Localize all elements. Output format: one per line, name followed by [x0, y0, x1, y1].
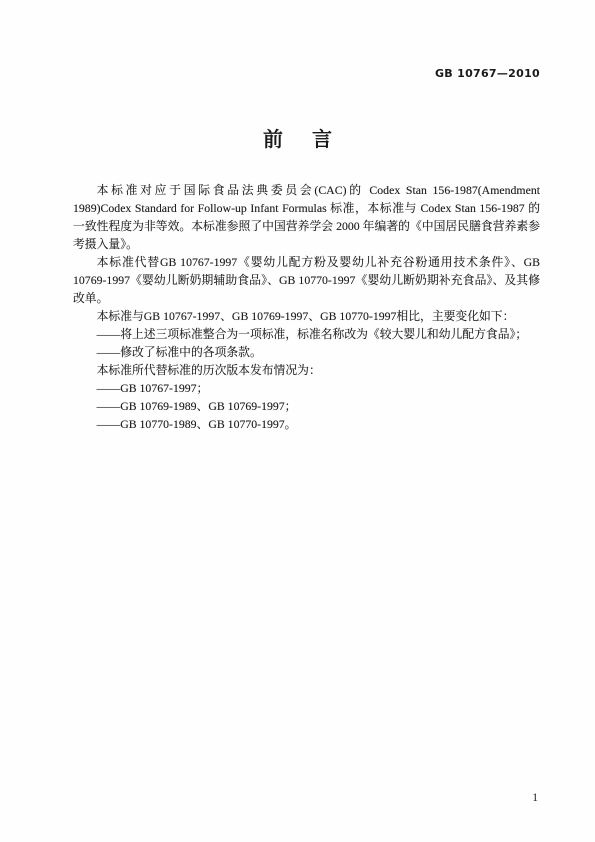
- standard-code-header: GB 10767—2010: [72, 67, 540, 80]
- document-page: GB 10767—2010 前言 本标准对应于国际食品法典委员会(CAC)的 C…: [0, 0, 595, 842]
- page-number: 1: [532, 792, 538, 804]
- list-item-dash: ——GB 10770-1989、GB 10770-1997。: [73, 415, 540, 433]
- paragraph-replaces: 本标准代替GB 10767-1997《婴幼儿配方粉及婴幼儿补充谷粉通用技术条件》…: [73, 253, 540, 307]
- paragraph-changes-intro: 本标准与GB 10767-1997、GB 10769-1997、GB 10770…: [73, 307, 540, 325]
- list-item-dash: ——GB 10769-1989、GB 10769-1997；: [73, 397, 540, 415]
- list-item-dash: ——修改了标准中的各项条款。: [73, 343, 540, 361]
- paragraph-correspondence: 本标准对应于国际食品法典委员会(CAC)的 Codex Stan 156-198…: [73, 181, 540, 253]
- foreword-title: 前言: [0, 123, 595, 152]
- list-item-dash: ——将上述三项标准整合为一项标准，标准名称改为《较大婴儿和幼儿配方食品》；: [73, 325, 540, 343]
- paragraph-history-intro: 本标准所代替标准的历次版本发布情况为：: [73, 361, 540, 379]
- foreword-body: 本标准对应于国际食品法典委员会(CAC)的 Codex Stan 156-198…: [73, 181, 540, 433]
- list-item-dash: ——GB 10767-1997；: [73, 379, 540, 397]
